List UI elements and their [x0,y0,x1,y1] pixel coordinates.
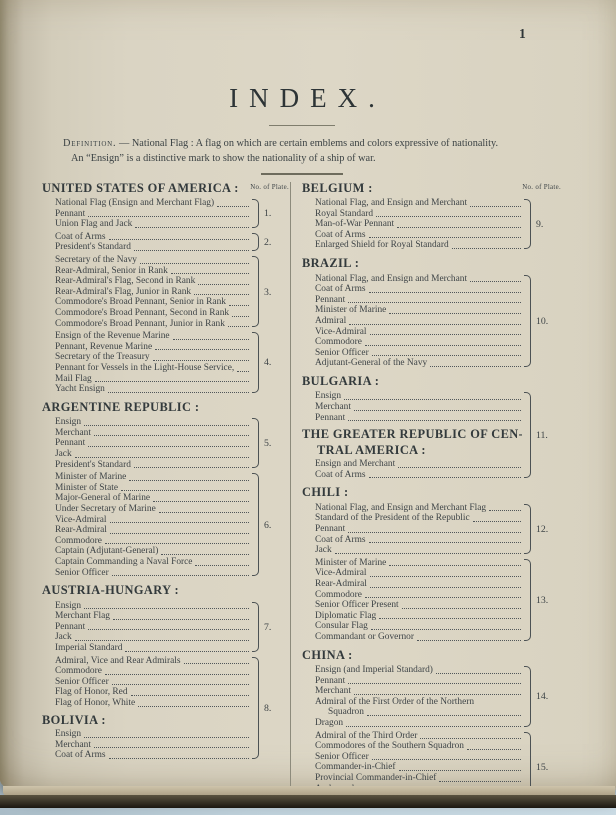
index-entry: Merchant [42,428,250,439]
entry-label: Ensign of the Revenue Marine [55,331,170,342]
index-entry: Consular Flag [302,621,522,632]
entry-list: Ensign (and Imperial Standard)PennantMer… [302,665,522,729]
entry-label: Flag of Honor, White [55,698,135,709]
entry-list: Minister of MarineVice-AdmiralRear-Admir… [302,558,522,643]
entry-list: National Flag (Ensign and Merchant Flag)… [42,198,250,230]
entry-label: Pennant for Vessels in the Light-House S… [55,363,234,374]
index-entry: Pennant [302,413,522,424]
dotted-leader [369,477,521,478]
index-entry: Enlarged Shield for Royal Standard [302,240,522,251]
dotted-leader [173,339,249,340]
index-entry: Jack [42,632,250,643]
entry-label: Admiral, Vice and Rear Admirals [55,656,181,667]
entry-list: National Flag, and Ensign and MerchantRo… [302,198,522,251]
entry-label: Under Secretary of Marine [55,504,156,515]
entry-label: Rear-Admiral, Senior in Rank [55,266,168,277]
entry-label: Commodore [315,337,362,348]
index-entry: Pennant [42,438,250,449]
entry-label: Commodore [55,536,102,547]
definition-text-1: — National Flag : A flag on which are ce… [116,138,498,149]
section-heading-text: BULGARIA : [302,374,379,388]
dotted-leader [228,326,249,327]
index-entry: Pennant [42,622,250,633]
entry-label: Commander-in-Chief [315,762,396,773]
entry-label: Commandant or Governor [315,632,414,643]
index-entry: Ensign of the Revenue Marine [42,331,250,342]
dotted-leader [420,738,521,739]
plate-number: 8. [259,656,290,761]
dotted-leader [467,749,521,750]
index-entry: Rear-Admiral [302,579,522,590]
dotted-leader [354,694,521,695]
section-heading-text: UNITED STATES OF AMERICA : [42,181,239,195]
dotted-leader [121,490,249,491]
index-entry: Captain (Adjutant-General) [42,546,250,557]
dotted-leader [217,206,249,207]
entry-label: Ensign [55,601,81,612]
dotted-leader [348,302,521,303]
index-entry: Ensign and Merchant [302,459,522,470]
index-entry: Dragon [302,718,522,729]
entry-list: Secretary of the NavyRear-Admiral, Senio… [42,255,250,329]
index-entry: Pennant for Vessels in the Light-House S… [42,363,250,374]
entry-label: President's Standard [55,242,131,253]
dotted-leader [371,629,521,630]
index-entry: Rear-Admiral's Flag, Junior in Rank [42,287,250,298]
dotted-leader [184,663,249,664]
entry-label: Coat of Arms [315,535,366,546]
index-entry: Admiral, Vice and Rear Admirals [42,656,250,667]
dotted-leader [75,457,249,458]
dotted-leader [110,522,250,523]
dotted-leader [129,480,249,481]
index-entry: Commodore [302,337,522,348]
entry-label: Senior Officer [315,752,369,763]
index-entry: Minister of Marine [302,558,522,569]
dotted-leader [376,216,521,217]
index-entry: Coat of Arms [302,470,522,481]
index-entry: Pennant [302,524,522,535]
index-entry: Provincial Commander-in-Chief [302,773,522,784]
entry-label: Rear-Admiral's Flag, Second in Rank [55,276,195,287]
index-entry: Pennant [302,295,522,306]
section-heading: BRAZIL : [302,257,562,271]
section-heading: ARGENTINE REPUBLIC : [42,401,290,415]
dotted-leader [108,392,249,393]
entry-label: Commodore [55,666,102,677]
group-brace [252,418,259,468]
dotted-leader [370,334,522,335]
entry-label: Coat of Arms [55,232,106,243]
entry-label: Minister of State [55,483,118,494]
plate-number: 7. [259,601,290,654]
index-entry: National Flag (Ensign and Merchant Flag) [42,198,250,209]
index-entry: Standard of the President of the Republi… [302,513,522,524]
group-brace [252,233,259,251]
entry-label: Coat of Arms [315,470,366,481]
entry-label: Rear-Admiral [315,579,367,590]
entry-label: Ensign [315,391,341,402]
entry-label: Merchant [315,686,351,697]
group-brace [252,602,259,652]
entry-label: Commodore's Broad Pennant, Junior in Ran… [55,319,225,330]
dotted-leader [153,501,249,502]
entry-label: Ensign [55,417,81,428]
entry-label: Imperial Standard [55,643,122,654]
entry-label: Enlarged Shield for Royal Standard [315,240,449,251]
dotted-leader [398,467,521,468]
index-entry: Under Secretary of Marine [42,504,250,515]
entry-label: Captain Commanding a Naval Force [55,557,192,568]
plate-group: Ensign (and Imperial Standard)PennantMer… [302,665,562,729]
plate-number: 4. [259,331,290,395]
dotted-leader [194,294,249,295]
entry-label: Provincial Commander-in-Chief [315,773,436,784]
entry-label: Coat of Arms [315,284,366,295]
index-entry: Ensign [42,729,250,740]
entry-label: Diplomatic Flag [315,611,376,622]
dotted-leader [88,629,249,630]
section-heading-text: ARGENTINE REPUBLIC : [42,400,199,414]
index-entry: Merchant [42,740,250,751]
section-heading-text: CHILI : [302,485,349,499]
dotted-leader [109,758,249,759]
section-heading: BELGIUM :No. of Plate. [302,182,562,196]
group-brace [524,199,531,249]
dotted-leader [335,553,521,554]
dotted-leader [389,565,521,566]
dotted-leader [370,576,522,577]
divider-rule-definition [261,173,343,174]
index-entry: President's Standard [42,460,250,471]
index-entry: National Flag, and Ensign and Merchant [302,274,522,285]
dotted-leader [430,366,521,367]
entry-label: Ensign and Merchant [315,459,395,470]
index-entry: Merchant [302,402,522,413]
index-entry: Senior Officer [302,752,522,763]
entry-label: Merchant [315,402,351,413]
entry-label: Pennant [55,209,85,220]
dotted-leader [105,674,249,675]
index-entry: President's Standard [42,242,250,253]
entry-list: EnsignMerchantPennantTHE GREATER REPUBLI… [302,391,522,480]
dotted-leader [389,313,521,314]
dotted-leader [161,554,249,555]
definition-paragraph: Definition. — National Flag : A flag on … [63,137,541,166]
entry-label: Coat of Arms [315,230,366,241]
entry-label: Commodores of the Southern Squadron [315,741,464,752]
entry-label: Admiral of the Third Order [315,731,417,742]
dotted-leader [417,640,521,641]
plate-number: 3. [259,255,290,329]
plate-group: National Flag, and Ensign and MerchantCo… [302,274,562,369]
index-columns: UNITED STATES OF AMERICA :No. of Plate.N… [42,182,562,807]
plate-group: Minister of MarineMinister of StateMajor… [42,472,290,578]
dotted-leader [489,510,521,511]
dotted-leader [369,292,521,293]
entry-label: Senior Officer [55,677,109,688]
dotted-leader [372,759,521,760]
plate-group: National Flag, and Ensign and MerchantRo… [302,198,562,251]
plate-number: 9. [531,198,562,251]
group-brace [524,559,531,641]
section-heading: CHINA : [302,649,562,663]
dotted-leader [155,349,249,350]
group-brace [524,275,531,367]
dotted-leader [84,737,249,738]
entry-label: Merchant [55,428,91,439]
dotted-leader [84,425,249,426]
entry-label: Pennant [315,524,345,535]
section-heading-text: BRAZIL : [302,256,359,270]
index-entry: Commander-in-Chief [302,762,522,773]
index-entry: Secretary of the Treasury [42,352,250,363]
index-entry: Senior Officer [302,348,522,359]
index-entry: Yacht Ensign [42,384,250,395]
index-entry: Commodore [42,666,250,677]
section-heading: BOLIVIA : [42,714,250,728]
dotted-leader [237,371,249,372]
index-entry: Rear-Admiral's Flag, Second in Rank [42,276,250,287]
section-heading: TRAL AMERICA : [302,444,522,458]
index-entry: Flag of Honor, Red [42,687,250,698]
dotted-leader [436,673,521,674]
entry-list: Coat of ArmsPresident's Standard [42,232,250,253]
index-entry: Jack [42,449,250,460]
dotted-leader [105,543,249,544]
dotted-leader [354,410,521,411]
entry-list: Minister of MarineMinister of StateMajor… [42,472,250,578]
plate-number: 14. [531,665,562,729]
index-entry: Commandant or Governor [302,632,522,643]
plate-number: 13. [531,558,562,643]
plate-group: Minister of MarineVice-AdmiralRear-Admir… [302,558,562,643]
entry-label: Pennant [55,438,85,449]
index-entry: Merchant Flag [42,611,250,622]
dotted-leader [372,355,521,356]
dotted-leader [84,608,249,609]
dotted-leader [232,316,249,317]
dotted-leader [95,381,249,382]
dotted-leader [112,684,249,685]
plate-group: Secretary of the NavyRear-Admiral, Senio… [42,255,290,329]
dotted-leader [159,512,249,513]
dotted-leader [402,608,521,609]
dotted-leader [365,345,521,346]
entry-label: Squadron [328,707,364,718]
group-brace [252,473,259,576]
section-heading: THE GREATER REPUBLIC OF CEN- [302,428,522,442]
index-entry: Rear-Admiral [42,525,250,536]
index-entry: Royal Standard [302,209,522,220]
group-brace [252,199,259,228]
entry-label: Rear-Admiral [55,525,107,536]
index-entry: Commodore [42,536,250,547]
dotted-leader [195,565,249,566]
entry-label: Major-General of Marine [55,493,150,504]
index-entry: Senior Officer [42,568,250,579]
entry-label: Commodore's Broad Pennant, Senior in Ran… [55,297,226,308]
plate-group: National Flag (Ensign and Merchant Flag)… [42,198,290,230]
index-entry: Rear-Admiral, Senior in Rank [42,266,250,277]
dotted-leader [125,651,249,652]
divider-rule-top [269,125,335,126]
entry-label: Pennant [315,295,345,306]
plate-group: EnsignMerchantPennantTHE GREATER REPUBLI… [302,391,562,480]
page-content: INDEX. Definition. — National Flag : A f… [42,0,562,807]
plate-group: Admiral, Vice and Rear AdmiralsCommodore… [42,656,290,761]
section-heading: BULGARIA : [302,375,562,389]
entry-label: Captain (Adjutant-General) [55,546,158,557]
index-entry: Adjutant-General of the Navy [302,358,522,369]
entry-label: Pennant [315,413,345,424]
entry-label: Ensign (and Imperial Standard) [315,665,433,676]
definition-term: Definition. [63,138,116,149]
dotted-leader [135,227,249,228]
index-entry: Admiral of the Third Order [302,731,522,742]
plate-number: 10. [531,274,562,369]
dotted-leader [88,446,249,447]
dotted-leader [109,239,249,240]
index-entry: Union Flag and Jack [42,219,250,230]
plate-group: Ensign of the Revenue MarinePennant, Rev… [42,331,290,395]
index-entry: Jack [302,545,522,556]
entry-label: Royal Standard [315,209,373,220]
entry-label: Pennant [315,676,345,687]
entry-label: National Flag, and Ensign and Merchant F… [315,503,486,514]
index-entry: Imperial Standard [42,643,250,654]
entry-label: Vice-Admiral [315,327,367,338]
plate-number: 6. [259,472,290,578]
entry-list: National Flag, and Ensign and MerchantCo… [302,274,522,369]
entry-label: Union Flag and Jack [55,219,132,230]
entry-label: Merchant [55,740,91,751]
index-entry: Pennant [42,209,250,220]
entry-list: Ensign of the Revenue MarinePennant, Rev… [42,331,250,395]
entry-label: Minister of Marine [315,558,386,569]
entry-label: Jack [55,632,72,643]
index-entry: Ensign [42,417,250,428]
index-entry: Coat of Arms [302,284,522,295]
plate-group: National Flag, and Ensign and Merchant F… [302,503,562,556]
group-brace [524,504,531,554]
index-entry: Pennant, Revenue Marine [42,342,250,353]
dotted-leader [346,726,521,727]
entry-list: National Flag, and Ensign and Merchant F… [302,503,522,556]
index-entry: Senior Officer Present [302,600,522,611]
dotted-leader [473,521,521,522]
section-heading: CHILI : [302,486,562,500]
index-entry: National Flag, and Ensign and Merchant F… [302,503,522,514]
entry-label: Commodore [315,590,362,601]
entry-label: Secretary of the Treasury [55,352,150,363]
entry-label: Senior Officer [55,568,109,579]
index-entry: Senior Officer [42,677,250,688]
dotted-leader [365,597,521,598]
dotted-leader [470,206,521,207]
dotted-leader [452,248,521,249]
section-heading-text: BELGIUM : [302,181,373,195]
dotted-leader [138,706,249,707]
entry-label: Secretary of the Navy [55,255,137,266]
index-entry: Commodore's Broad Pennant, Second in Ran… [42,308,250,319]
index-entry: Minister of Marine [42,472,250,483]
page-title: INDEX. [42,84,562,112]
entry-label: Jack [55,449,72,460]
dotted-leader [94,435,249,436]
index-entry: Admiral of the First Order of the Northe… [302,697,522,708]
index-entry: Coat of Arms [42,750,250,761]
index-entry: Flag of Honor, White [42,698,250,709]
group-brace [524,666,531,727]
plate-number: 5. [259,417,290,470]
entry-label: Senior Officer [315,348,369,359]
entry-label: Pennant [55,622,85,633]
index-entry: Merchant [302,686,522,697]
entry-label: Dragon [315,718,343,729]
dotted-leader [131,695,249,696]
dotted-leader [229,305,249,306]
section-heading-text: CHINA : [302,648,353,662]
index-entry: Commodore [302,590,522,601]
plate-number: 1. [259,198,290,230]
dotted-leader [153,360,249,361]
plate-group: EnsignMerchantPennantJackPresident's Sta… [42,417,290,470]
index-entry: Vice-Admiral [42,515,250,526]
dotted-leader [369,237,521,238]
index-entry: Diplomatic Flag [302,611,522,622]
group-brace [252,657,259,759]
dotted-leader [112,575,249,576]
index-entry: Mail Flag [42,374,250,385]
dotted-leader [75,640,249,641]
entry-label: Ensign [55,729,81,740]
entry-label: Jack [315,545,332,556]
dotted-leader [134,467,249,468]
dotted-leader [379,618,521,619]
plate-group: EnsignMerchant FlagPennantJackImperial S… [42,601,290,654]
index-entry: Ensign [302,391,522,402]
dotted-leader [113,619,249,620]
dotted-leader [470,281,521,282]
entry-label: Minister of Marine [315,305,386,316]
entry-label: President's Standard [55,460,131,471]
definition-line-2: An “Ensign” is a distinctive mark to sho… [63,152,541,167]
index-entry: Squadron [302,707,522,718]
index-entry: Man-of-War Pennant [302,219,522,230]
dotted-leader [367,715,521,716]
definition-line-1: Definition. — National Flag : A flag on … [63,137,541,152]
entry-label: Consular Flag [315,621,368,632]
index-entry: Minister of Marine [302,305,522,316]
entry-label: Standard of the President of the Republi… [315,513,470,524]
index-entry: Pennant [302,676,522,687]
index-entry: Secretary of the Navy [42,255,250,266]
dotted-leader [110,533,249,534]
index-entry: Ensign (and Imperial Standard) [302,665,522,676]
entry-label: Commodore's Broad Pennant, Second in Ran… [55,308,229,319]
entry-label: Minister of Marine [55,472,126,483]
group-brace [252,256,259,327]
plate-column-label: No. of Plate. [250,181,289,195]
group-brace [524,392,531,478]
dotted-leader [399,770,521,771]
plate-number: 12. [531,503,562,556]
index-entry: Minister of State [42,483,250,494]
entry-label: National Flag, and Ensign and Merchant [315,274,467,285]
section-heading-text: AUSTRIA-HUNGARY : [42,583,179,597]
entry-label: Admiral of the First Order of the Northe… [315,697,474,708]
